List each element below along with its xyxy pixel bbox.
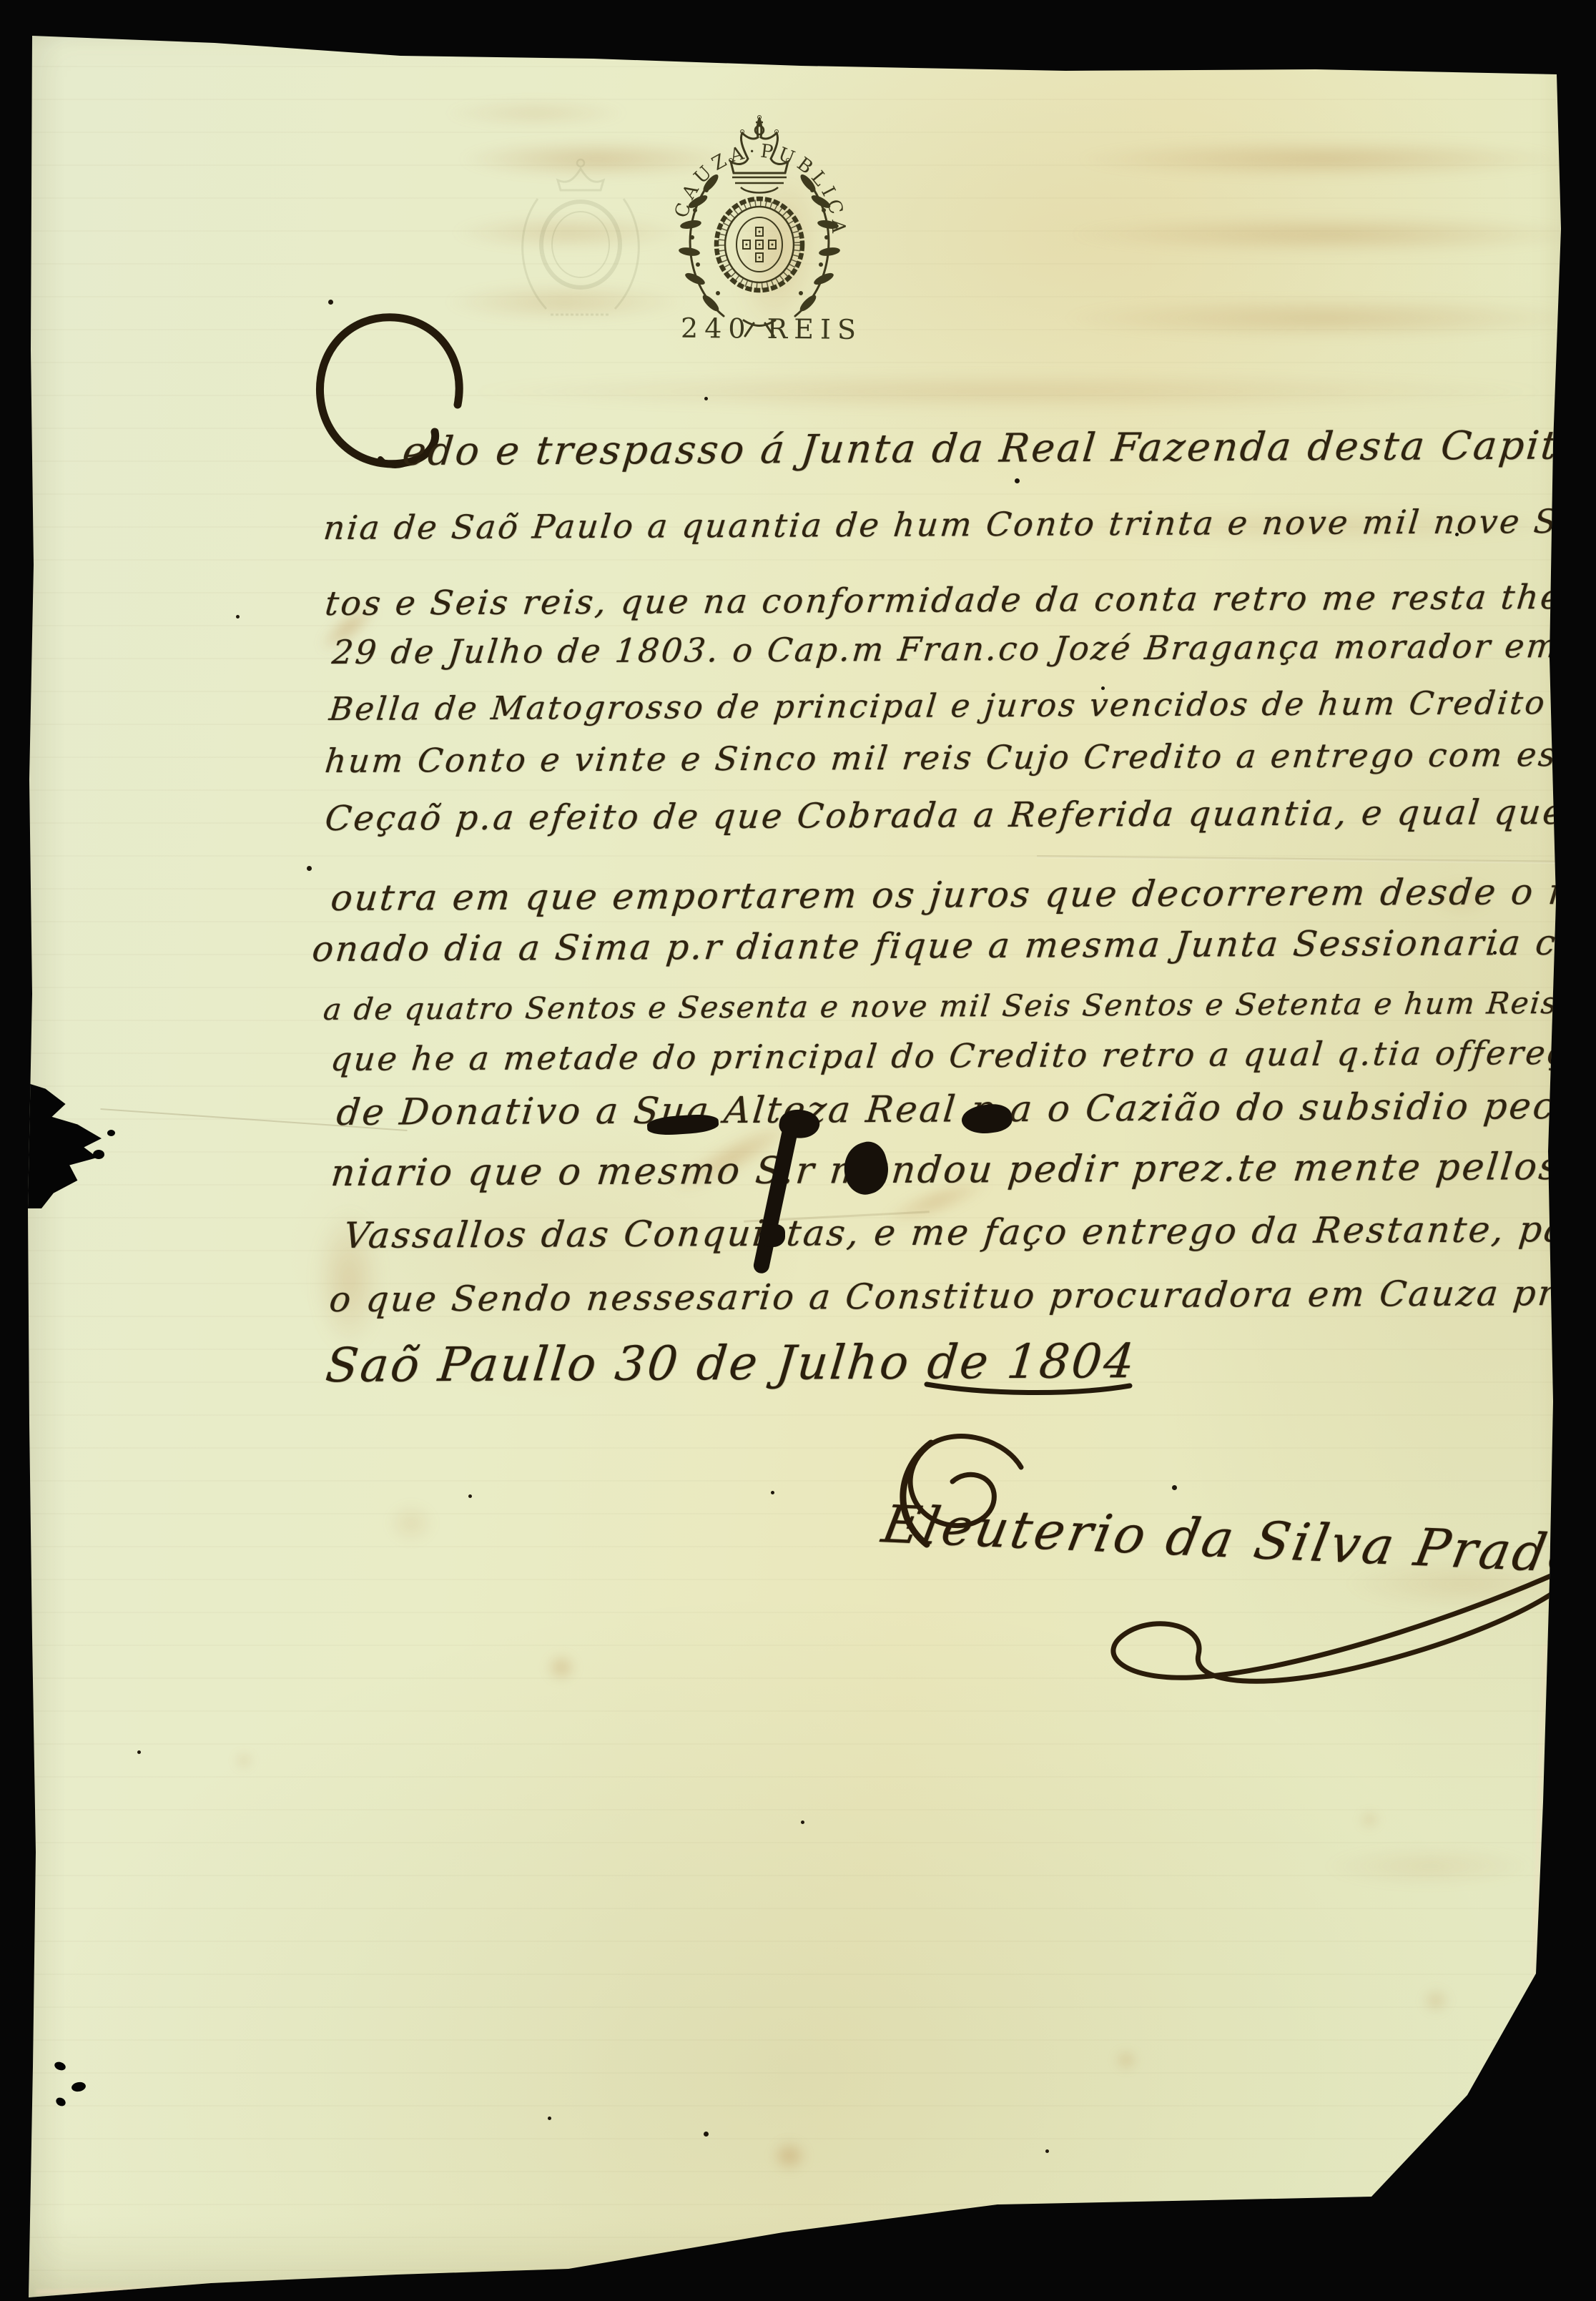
- ghost-band: [443, 99, 629, 127]
- manuscript-line: Vassallos das Conquistas, e me faço entr…: [342, 1209, 1596, 1257]
- manuscript-line: a de quatro Sentos e Sesenta e nove mil …: [322, 986, 1560, 1027]
- stamp-shield: [716, 199, 802, 290]
- stain: [1359, 1810, 1380, 1829]
- paper-edge-highlight: [573, 2237, 1380, 2285]
- paper-tear-blob: [21, 1081, 102, 1208]
- ghost-band: [1065, 215, 1595, 254]
- stain: [546, 1653, 577, 1682]
- manuscript-line: niario que o mesmo S.r mandou pedir prez…: [329, 1146, 1562, 1196]
- date-underline-flourish: [921, 1370, 1136, 1404]
- blind-stamp-impression: [501, 137, 661, 320]
- document-paper: CAUZA·PUBLICA: [0, 0, 1596, 2301]
- revenue-stamp: CAUZA·PUBLICA: [655, 102, 864, 337]
- worm-hole: [71, 2081, 87, 2092]
- ink-specks: [0, 0, 4, 4]
- worm-hole: [54, 2096, 67, 2108]
- manuscript-line: nia de Saõ Paulo a quantia de hum Conto …: [322, 503, 1596, 547]
- stain: [235, 1752, 253, 1769]
- manuscript-line: onado dia a Sima p.r diante fique a mesm…: [310, 922, 1596, 970]
- ghost-band: [1073, 139, 1573, 179]
- manuscript-line: Ceçaõ p.a efeito de que Cobrada a Referi…: [323, 793, 1586, 839]
- stain: [771, 2139, 808, 2172]
- manuscript-line: edo e trespasso á Junta da Real Fazenda …: [400, 423, 1587, 474]
- ghost-band: [458, 372, 1559, 411]
- manuscript-line: hum Conto e vinte e Sinco mil reis Cujo …: [323, 736, 1596, 780]
- worm-hole: [54, 2061, 67, 2072]
- manuscript-line: Bella de Matogrosso de principal e juros…: [327, 684, 1596, 728]
- signature-underline-flourish: [1051, 1552, 1580, 1716]
- manuscript-line: de Donativo a Sua Alteza Real p.a o Cazi…: [335, 1086, 1583, 1135]
- paper-tear-dot: [107, 1130, 115, 1136]
- scanned-document-photo: CAUZA·PUBLICA: [0, 0, 1596, 2301]
- stain: [1422, 1988, 1450, 2014]
- manuscript-line: o que Sendo nessesario a Constituo procu…: [327, 1273, 1596, 1320]
- paper-tear-dot: [93, 1150, 104, 1159]
- manuscript-line: 29 de Julho de 1803. o Cap.m Fran.co Joz…: [330, 627, 1596, 671]
- manuscript-line: outra em que emportarem os juros que dec…: [329, 871, 1596, 919]
- paper-edge-highlight: [36, 2279, 579, 2294]
- paper-crease: [1037, 855, 1566, 864]
- stamp-value: 240 REIS: [681, 312, 881, 345]
- ghost-band: [1058, 297, 1595, 340]
- ghost-band: [1323, 1845, 1537, 1888]
- manuscript-line: que he a metade do principal do Credito …: [329, 1034, 1592, 1078]
- stain: [386, 1502, 436, 1544]
- stain: [1114, 2049, 1138, 2071]
- ink-blot: [759, 1224, 785, 1247]
- manuscript-line: tos e Seis reis, que na conformidade da …: [323, 578, 1565, 624]
